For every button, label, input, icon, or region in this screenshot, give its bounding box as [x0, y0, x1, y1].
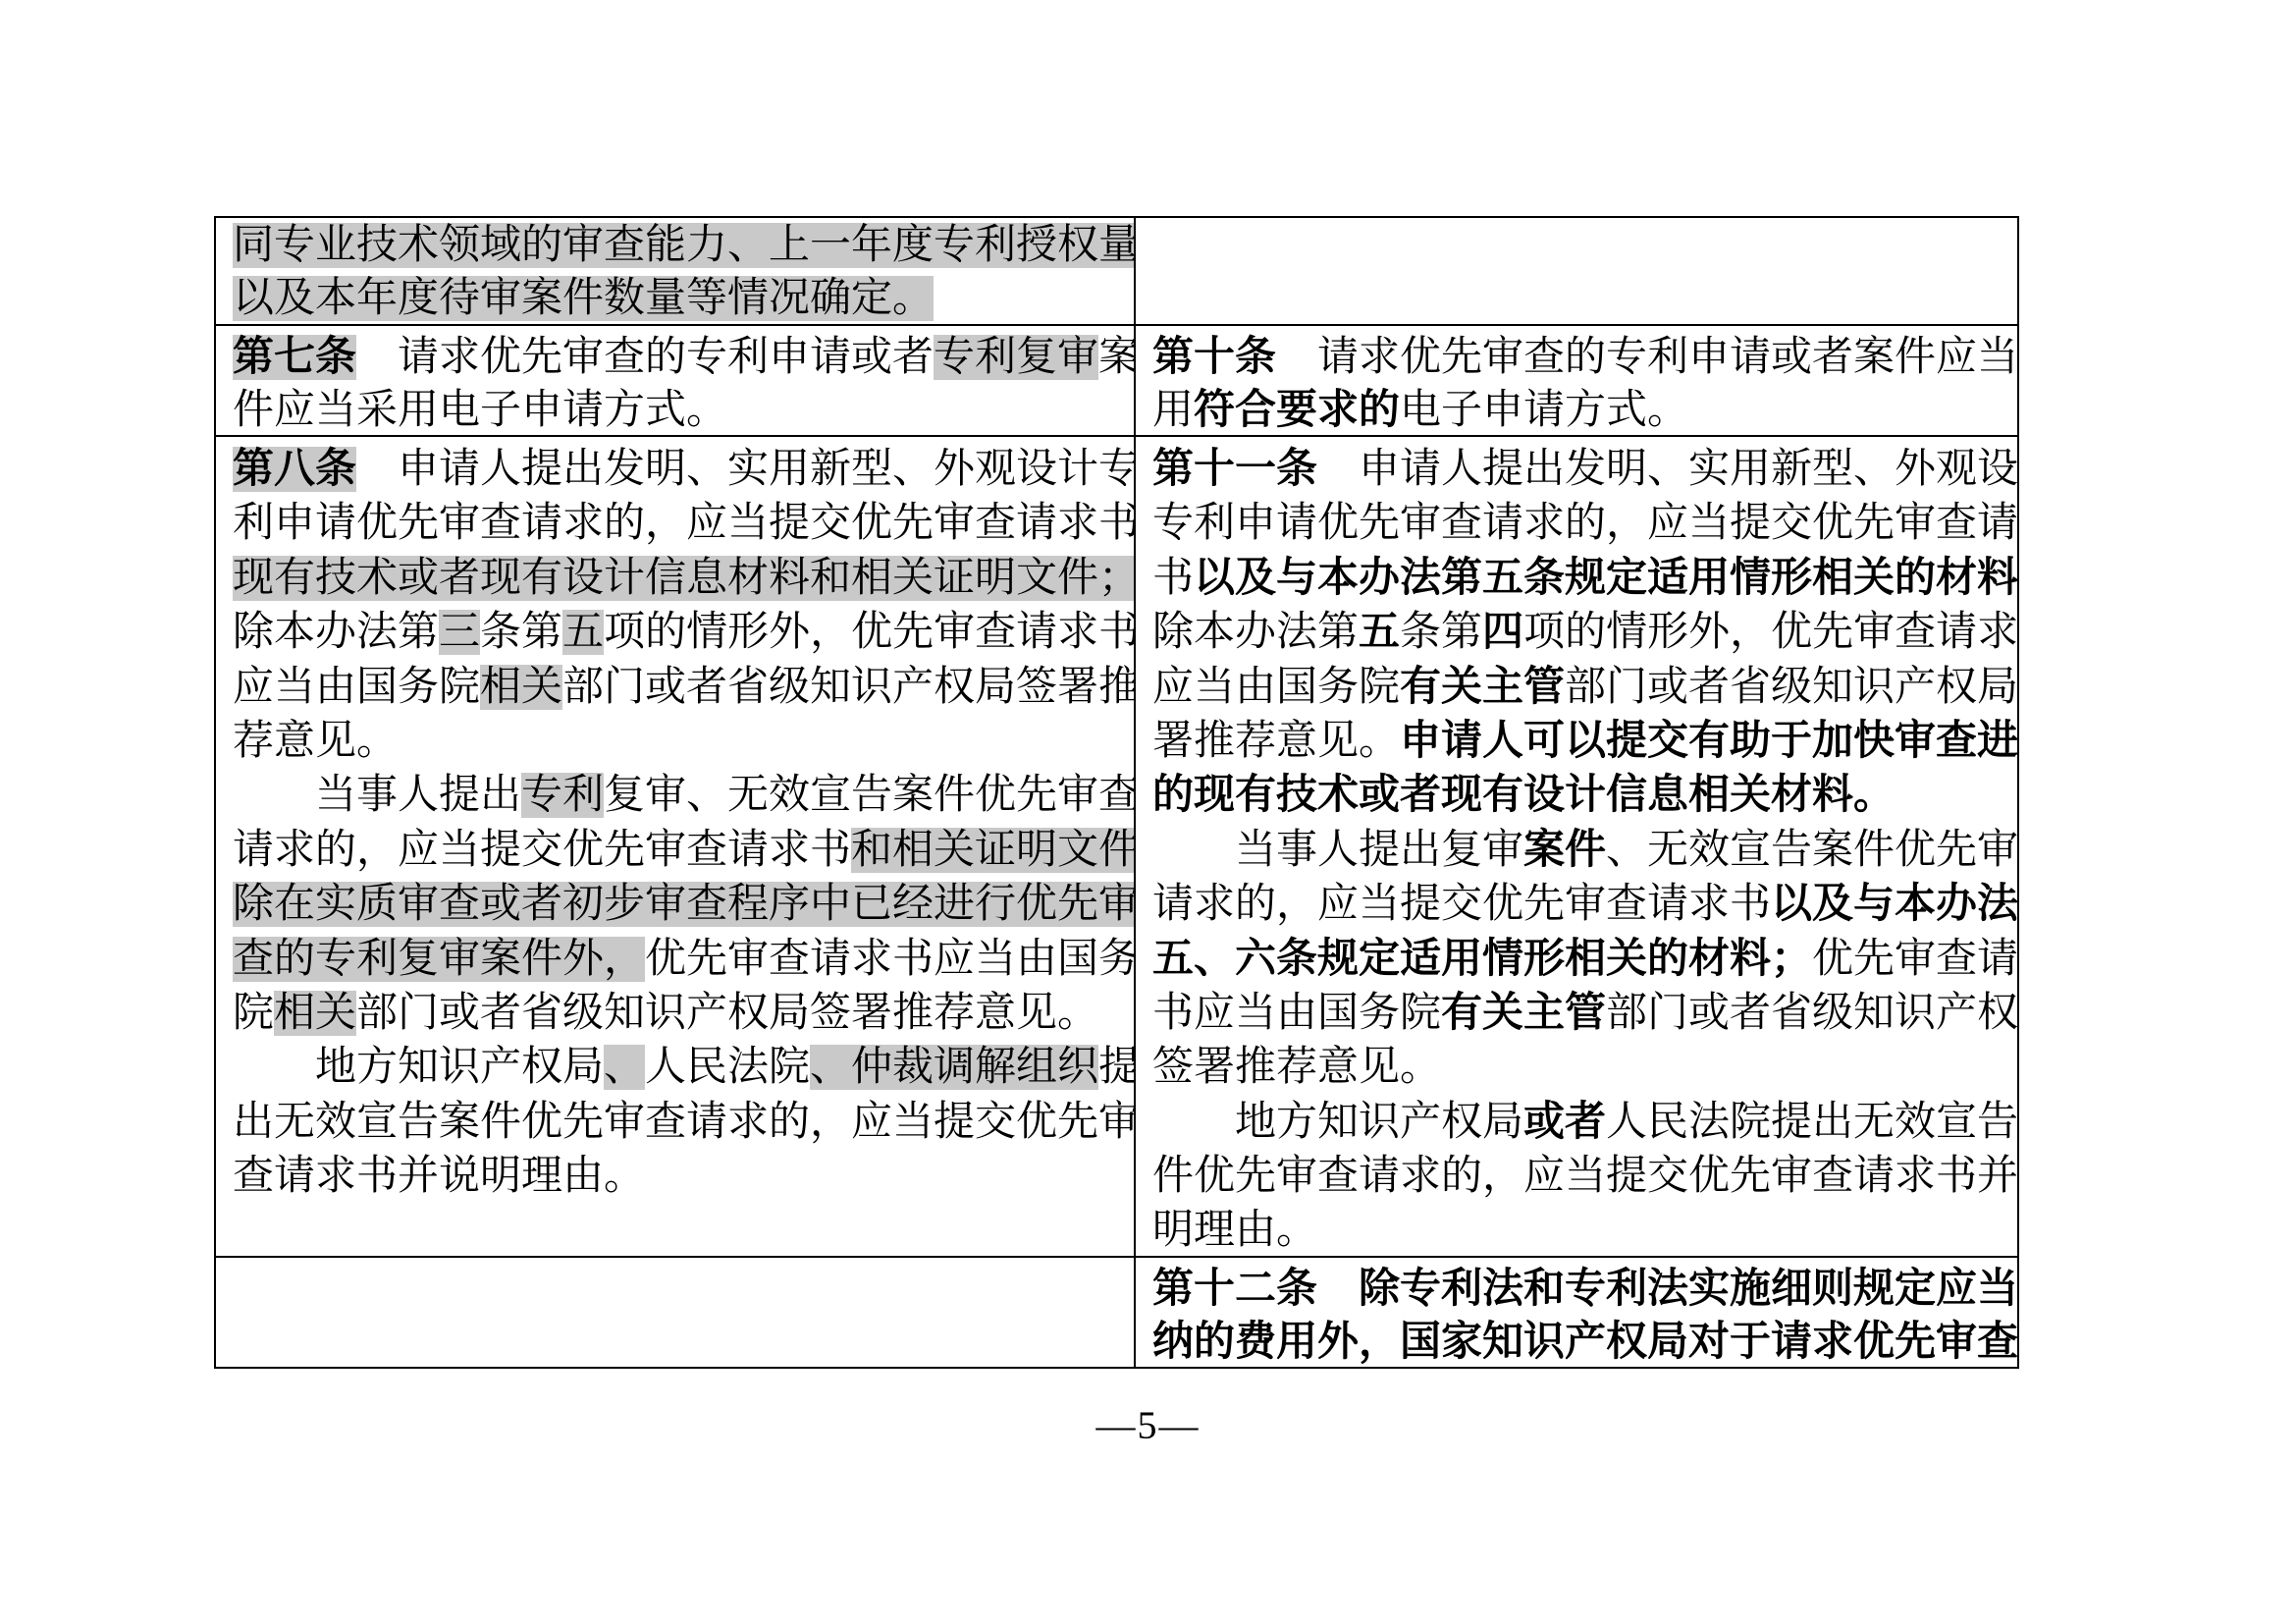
text-line: 荐意见。: [233, 715, 1126, 769]
highlighted-text: 第七条: [233, 335, 356, 380]
text-segment: 件优先审查请求的，应当提交优先审查请求书并说: [1152, 1154, 2017, 1199]
text-segment: 、无效宣告案件优先审查: [1606, 828, 2017, 873]
text-line: 请求的，应当提交优先审查请求书和相关证明文件；: [233, 824, 1126, 878]
text-line: 五、六条规定适用情形相关的材料；优先审查请求: [1152, 933, 2009, 987]
text-line: 书以及与本办法第五条规定适用情形相关的材料；: [1152, 552, 2009, 606]
table-cell-row1-left: 同专业技术领域的审查能力、上一年度专利授权量以及本年度待审案件数量等情况确定。: [216, 218, 1136, 326]
text-segment: 人民法院: [645, 1045, 810, 1090]
text-line: 件应当采用电子申请方式。: [233, 385, 1126, 438]
table-cell-row4-left: [216, 1258, 1136, 1367]
text-line: 院相关部门或者省级知识产权局签署推荐意见。: [233, 987, 1126, 1041]
text-segment: 应当由国务院: [1152, 665, 1400, 710]
highlighted-text: 以及本年度待审案件数量等情况确定。: [233, 276, 934, 321]
text-segment: 案: [1098, 335, 1136, 380]
text-segment: 明理由。: [1152, 1208, 1317, 1253]
text-segment: 条第: [480, 610, 562, 655]
highlighted-text: 和相关证明文件；: [851, 828, 1136, 873]
text-segment: 人民法院提出无效宣告案: [1606, 1100, 2017, 1145]
text-line: 以及本年度待审案件数量等情况确定。: [233, 273, 1126, 326]
text-segment: 复审、无效宣告案件优先审查: [604, 773, 1136, 818]
text-segment: 用: [1152, 388, 1194, 433]
bold-text: 或者: [1523, 1100, 1606, 1145]
table-cell-row4-right: 第十二条 除专利法和专利法实施细则规定应当缴纳的费用外，国家知识产权局对于请求优…: [1136, 1258, 2017, 1367]
text-segment: 部门或者省级知识产权局签: [1565, 665, 2017, 710]
text-segment: 请求优先审查的专利申请或者案件应当采: [1276, 335, 2017, 380]
text-line: 当事人提出专利复审、无效宣告案件优先审查: [233, 769, 1126, 823]
text-segment: 应当由国务院: [233, 665, 480, 710]
text-segment: 项的情形外，优先审查请求书: [604, 610, 1136, 655]
table-cell-row1-right: [1136, 218, 2017, 326]
text-segment: 申请人提出发明、实用新型、外观设计: [1317, 447, 2017, 492]
text-segment: 部门或者省级知识产权局签署推荐意见。: [356, 991, 1098, 1036]
highlighted-text: 三: [439, 610, 480, 655]
bold-text: 四: [1482, 610, 1523, 655]
bold-text: 以及与本办法第五条规定适用情形相关的材料；: [1194, 556, 2017, 601]
text-line: 第八条 申请人提出发明、实用新型、外观设计专: [233, 443, 1126, 497]
highlighted-text: 除在实质审查或者初步审查程序中已经进行优先审: [233, 882, 1136, 927]
text-segment: 当事人提出复审: [1152, 828, 1523, 873]
text-segment: 查请求书并说明理由。: [233, 1154, 645, 1199]
table-cell-row3-left: 第八条 申请人提出发明、实用新型、外观设计专利申请优先审查请求的，应当提交优先审…: [216, 437, 1136, 1258]
text-line: 地方知识产权局或者人民法院提出无效宣告案: [1152, 1096, 2009, 1150]
text-line: 专利申请优先审查请求的，应当提交优先审查请求: [1152, 497, 2009, 551]
highlighted-text: 专利: [521, 773, 604, 818]
text-line: 的现有技术或者现有设计信息相关材料。: [1152, 769, 2009, 823]
text-segment: 专利申请优先审查请求的，应当提交优先审查请求: [1152, 501, 2017, 546]
table-cell-row3-right: 第十一条 申请人提出发明、实用新型、外观设计专利申请优先审查请求的，应当提交优先…: [1136, 437, 2017, 1258]
text-segment: 请求的，应当提交优先审查请求书: [233, 828, 851, 873]
highlighted-text: 相关: [274, 991, 356, 1036]
text-segment: 书: [1152, 556, 1194, 601]
text-segment: 利申请优先审查请求的，应当提交优先审查请求书: [233, 501, 1136, 546]
text-segment: 部门或者省级知识产权局签署推: [562, 665, 1136, 710]
bold-text: 第十条: [1152, 335, 1276, 380]
text-line: 除本办法第五条第四项的情形外，优先审查请求书: [1152, 606, 2009, 660]
text-line: 当事人提出复审案件、无效宣告案件优先审查: [1152, 824, 2009, 878]
highlighted-text: 第八条: [233, 447, 356, 492]
text-segment: 部门或者省级知识产权局: [1606, 991, 2017, 1036]
text-segment: 荐意见。: [233, 719, 398, 764]
text-segment: 优先审查请求: [1812, 937, 2017, 982]
document-page: { "page": { "number_label": "—5—" }, "co…: [0, 0, 2296, 1624]
table-cell-row2-left: 第七条 请求优先审查的专利申请或者专利复审案件应当采用电子申请方式。: [216, 326, 1136, 437]
text-segment: 除本办法第: [1152, 610, 1359, 655]
text-segment: 提: [1098, 1045, 1136, 1090]
bold-text: 案件: [1523, 828, 1606, 873]
table-cell-row2-right: 第十条 请求优先审查的专利申请或者案件应当采用符合要求的电子申请方式。: [1136, 326, 2017, 437]
text-line: 署推荐意见。申请人可以提交有助于加快审查进程: [1152, 715, 2009, 769]
text-segment: 出无效宣告案件优先审查请求的，应当提交优先审: [233, 1100, 1136, 1145]
text-segment: 地方知识产权局: [1152, 1100, 1523, 1145]
text-line: 同专业技术领域的审查能力、上一年度专利授权量: [233, 220, 1126, 273]
text-segment: 当事人提出: [233, 773, 521, 818]
text-line: 第十二条 除专利法和专利法实施细则规定应当缴: [1152, 1264, 2009, 1317]
text-line: 除在实质审查或者初步审查程序中已经进行优先审: [233, 878, 1126, 932]
text-segment: 项的情形外，优先审查请求书: [1523, 610, 2017, 655]
text-line: 地方知识产权局、人民法院、仲裁调解组织提: [233, 1041, 1126, 1095]
text-segment: 条第: [1400, 610, 1482, 655]
text-line: 明理由。: [1152, 1204, 2009, 1258]
bold-text: 纳的费用外，国家知识产权局对于请求优先审查的: [1152, 1320, 2017, 1365]
text-segment: 书应当由国务院: [1152, 991, 1441, 1036]
highlighted-text: 相关: [480, 665, 562, 710]
text-segment: 请求的，应当提交优先审查请求书: [1152, 882, 1771, 927]
text-line: 出无效宣告案件优先审查请求的，应当提交优先审: [233, 1096, 1126, 1150]
bold-text: 有关主管: [1441, 991, 1606, 1036]
comparison-table: 同专业技术领域的审查能力、上一年度专利授权量以及本年度待审案件数量等情况确定。 …: [214, 216, 2019, 1369]
text-line: 第十条 请求优先审查的专利申请或者案件应当采: [1152, 332, 2009, 385]
text-line: 第十一条 申请人提出发明、实用新型、外观设计: [1152, 443, 2009, 497]
text-line: 现有技术或者现有设计信息材料和相关证明文件；: [233, 552, 1126, 606]
bold-text: 申请人可以提交有助于加快审查进程: [1400, 719, 2017, 764]
highlighted-text: 查的专利复审案件外，: [233, 937, 645, 982]
text-segment: 优先审查请求书应当由国务: [645, 937, 1136, 982]
text-line: 纳的费用外，国家知识产权局对于请求优先审查的: [1152, 1317, 2009, 1368]
text-segment: 请求优先审查的专利申请或者: [356, 335, 934, 380]
highlighted-text: 同专业技术领域的审查能力、上一年度专利授权量: [233, 223, 1136, 268]
bold-text: 有关主管: [1400, 665, 1565, 710]
bold-text: 的现有技术或者现有设计信息相关材料。: [1152, 773, 1895, 818]
bold-text: 第十一条: [1152, 447, 1317, 492]
highlighted-text: 专利复审: [934, 335, 1098, 380]
text-line: 查请求书并说明理由。: [233, 1150, 1126, 1204]
text-line: 应当由国务院相关部门或者省级知识产权局签署推: [233, 661, 1126, 715]
highlighted-text: 、: [604, 1045, 645, 1090]
text-line: 利申请优先审查请求的，应当提交优先审查请求书、: [233, 497, 1126, 551]
bold-text: 五: [1359, 610, 1400, 655]
text-line: 第七条 请求优先审查的专利申请或者专利复审案: [233, 332, 1126, 385]
highlighted-text: 、仲裁调解组织: [810, 1045, 1098, 1090]
text-line: 件优先审查请求的，应当提交优先审查请求书并说: [1152, 1150, 2009, 1204]
text-line: 除本办法第三条第五项的情形外，优先审查请求书: [233, 606, 1126, 660]
bold-text: 符合要求的: [1194, 388, 1400, 433]
bold-text: 第十二条 除专利法和专利法实施细则规定应当缴: [1152, 1267, 2017, 1312]
text-segment: 签署推荐意见。: [1152, 1045, 1441, 1090]
text-segment: 署推荐意见。: [1152, 719, 1400, 764]
text-line: 书应当由国务院有关主管部门或者省级知识产权局: [1152, 987, 2009, 1041]
text-line: 用符合要求的电子申请方式。: [1152, 385, 2009, 438]
highlighted-text: 五: [562, 610, 604, 655]
bold-text: 以及与本办法第: [1771, 882, 2017, 927]
text-segment: 除本办法第: [233, 610, 439, 655]
text-segment: 申请人提出发明、实用新型、外观设计专: [356, 447, 1136, 492]
text-segment: 件应当采用电子申请方式。: [233, 388, 727, 433]
text-line: 签署推荐意见。: [1152, 1041, 2009, 1095]
highlighted-text: 现有技术或者现有设计信息材料和相关证明文件；: [233, 556, 1136, 601]
text-segment: 地方知识产权局: [233, 1045, 604, 1090]
text-line: 应当由国务院有关主管部门或者省级知识产权局签: [1152, 661, 2009, 715]
text-segment: 院: [233, 991, 274, 1036]
bold-text: 五、六条规定适用情形相关的材料；: [1152, 937, 1812, 982]
text-line: 请求的，应当提交优先审查请求书以及与本办法第: [1152, 878, 2009, 932]
text-segment: 电子申请方式。: [1400, 388, 1688, 433]
text-line: 查的专利复审案件外，优先审查请求书应当由国务: [233, 933, 1126, 987]
page-number: —5—: [0, 1402, 2296, 1448]
